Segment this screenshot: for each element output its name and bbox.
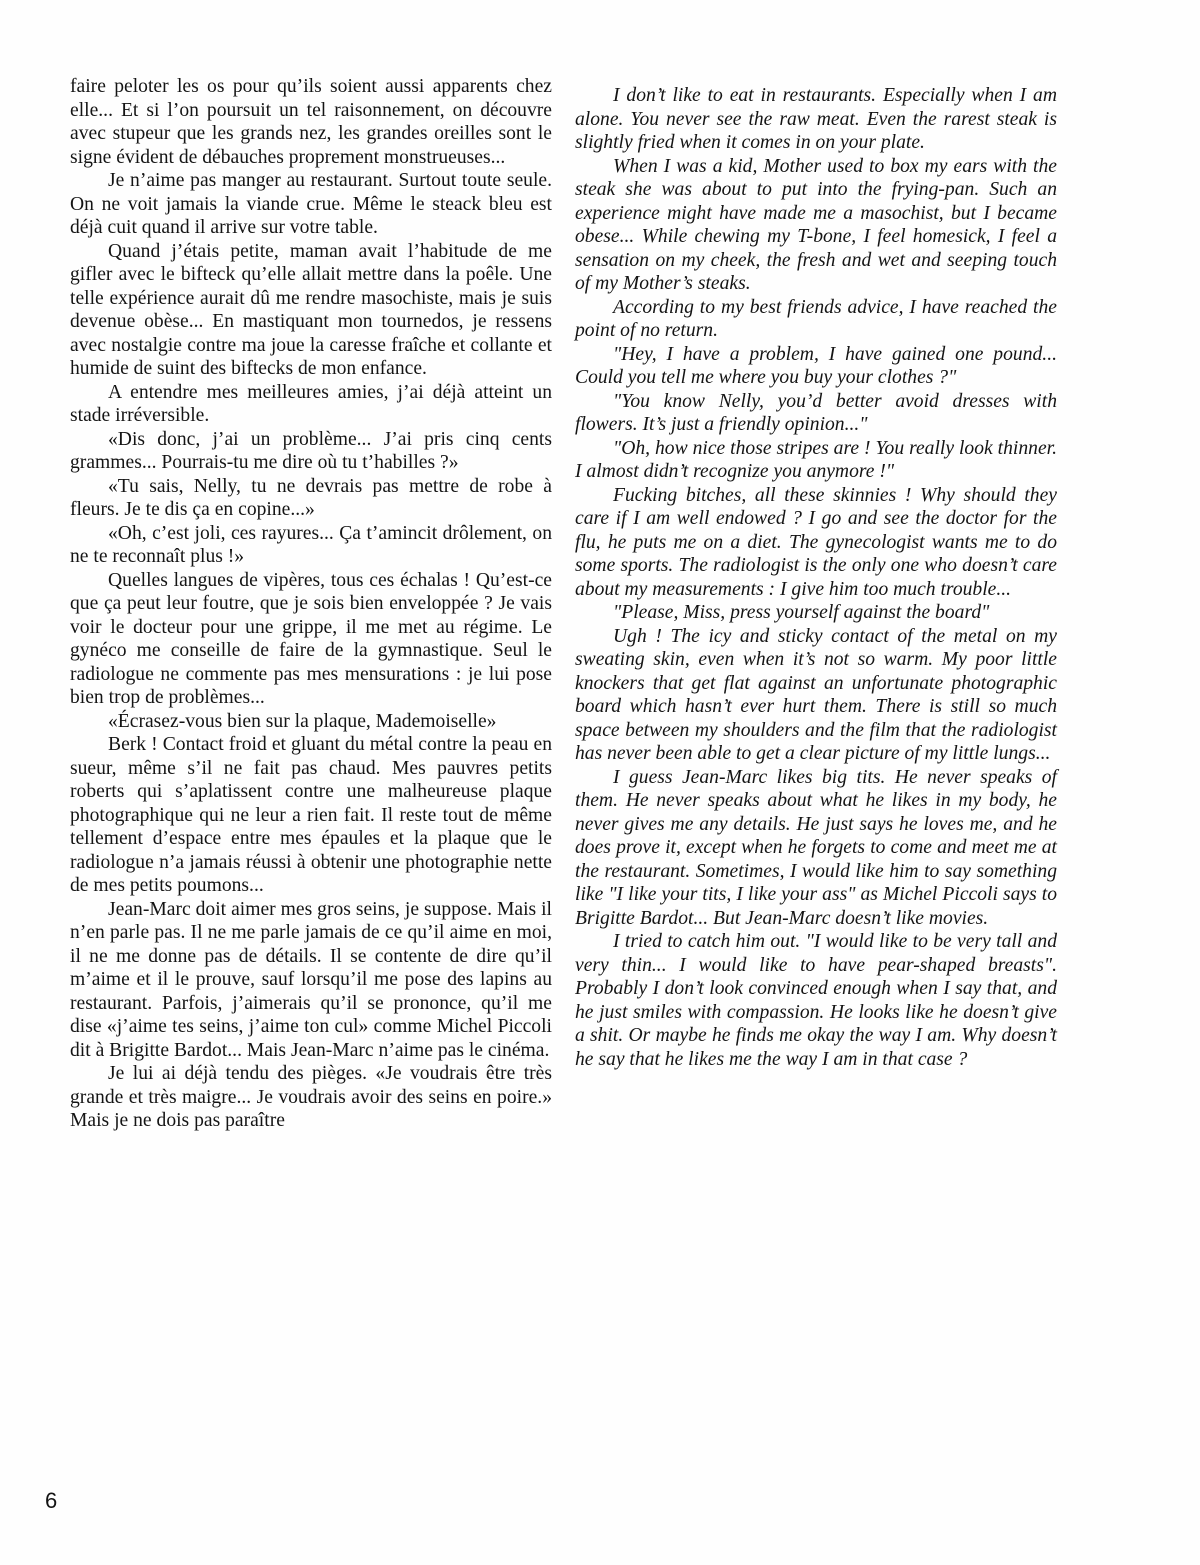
paragraph: A entendre mes meilleures amies, j’ai dé…: [70, 381, 552, 428]
paragraph: According to my best friends advice, I h…: [575, 296, 1057, 343]
paragraph: Ugh ! The icy and sticky contact of the …: [575, 625, 1057, 766]
paragraph: When I was a kid, Mother used to box my …: [575, 155, 1057, 296]
document-page: faire peloter les os pour qu’ils soient …: [0, 0, 1200, 1565]
paragraph: Jean-Marc doit aimer mes gros seins, je …: [70, 898, 552, 1063]
page-number: 6: [45, 1488, 57, 1514]
paragraph: I tried to catch him out. "I would like …: [575, 930, 1057, 1071]
paragraph: "Please, Miss, press yourself against th…: [575, 601, 1057, 625]
paragraph: I don’t like to eat in restaurants. Espe…: [575, 84, 1057, 155]
paragraph: «Écrasez-vous bien sur la plaque, Mademo…: [70, 710, 552, 734]
paragraph: Je lui ai déjà tendu des pièges. «Je vou…: [70, 1062, 552, 1133]
english-text-column: I don’t like to eat in restaurants. Espe…: [575, 84, 1057, 1071]
paragraph: Je n’aime pas manger au restaurant. Surt…: [70, 169, 552, 240]
paragraph: «Oh, c’est joli, ces rayures... Ça t’ami…: [70, 522, 552, 569]
paragraph: faire peloter les os pour qu’ils soient …: [70, 75, 552, 169]
paragraph: "You know Nelly, you’d better avoid dres…: [575, 390, 1057, 437]
paragraph: I guess Jean-Marc likes big tits. He nev…: [575, 766, 1057, 931]
paragraph: Quand j’étais petite, maman avait l’habi…: [70, 240, 552, 381]
paragraph: Quelles langues de vipères, tous ces éch…: [70, 569, 552, 710]
paragraph: Berk ! Contact froid et gluant du métal …: [70, 733, 552, 898]
french-text-column: faire peloter les os pour qu’ils soient …: [70, 75, 552, 1133]
paragraph: «Tu sais, Nelly, tu ne devrais pas mettr…: [70, 475, 552, 522]
paragraph: "Oh, how nice those stripes are ! You re…: [575, 437, 1057, 484]
paragraph: "Hey, I have a problem, I have gained on…: [575, 343, 1057, 390]
paragraph: «Dis donc, j’ai un problème... J’ai pris…: [70, 428, 552, 475]
paragraph: Fucking bitches, all these skinnies ! Wh…: [575, 484, 1057, 602]
